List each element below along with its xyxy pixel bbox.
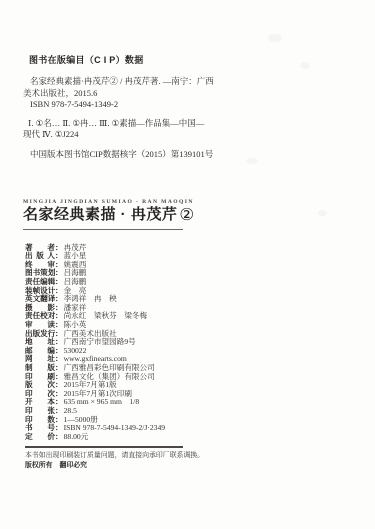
credit-colon: ： <box>55 423 63 432</box>
title-underline <box>23 229 183 230</box>
cip-header: 图书在版编目（C I P）数据 <box>29 55 333 66</box>
credit-colon: ： <box>55 320 63 329</box>
credit-colon: ： <box>55 337 63 346</box>
spacer <box>23 110 333 118</box>
copyright-statement: 版权所有 翻印必究 <box>25 461 325 471</box>
credit-colon: ： <box>55 363 63 372</box>
credit-colon: ： <box>55 251 63 260</box>
credits-list: 著者：冉茂芹出版人：蓝小星终审：姚震西图书策划：吕海鹏责任编辑：吕海鹏装帧设计：… <box>25 244 355 442</box>
scan-speck <box>318 210 327 216</box>
credit-colon: ： <box>55 268 63 277</box>
credit-colon: ： <box>55 432 63 441</box>
credit-colon: ： <box>55 380 63 389</box>
credit-value: 88.00元 <box>64 432 89 441</box>
cip-isbn: ISBN 978-7-5494-1349-2 <box>23 99 333 110</box>
book-title-text: 名家经典素描 · 冉茂芹 <box>23 206 177 223</box>
credit-colon: ： <box>55 277 63 286</box>
cip-classification-line2: 现代 Ⅳ. ①J224 <box>23 129 333 140</box>
credit-row: 定价：88.00元 <box>25 433 355 442</box>
credit-label: 定价 <box>25 433 55 442</box>
footer-divider <box>25 446 183 448</box>
cip-description-line2: 美术出版社，2015.6 <box>23 88 333 99</box>
copyright-page: 图书在版编目（C I P）数据 名家经典素描·冉茂芹② / 冉茂芹著. —南宁：… <box>0 0 375 529</box>
cip-block: 图书在版编目（C I P）数据 名家经典素描·冉茂芹② / 冉茂芹著. —南宁：… <box>23 55 333 160</box>
spacer <box>23 141 333 149</box>
volume-badge: ② <box>179 206 194 224</box>
credit-colon: ： <box>55 294 63 303</box>
title-block: MINGJIA JINGDIAN SUMIAO - RAN MAOQIN 名家经… <box>23 199 223 224</box>
cip-record-number: 中国版本图书馆CIP数据核字（2015）第139101号 <box>23 149 333 160</box>
title-pinyin: MINGJIA JINGDIAN SUMIAO - RAN MAOQIN <box>23 199 223 205</box>
scan-speck <box>268 34 282 42</box>
cip-description-line1: 名家经典素描·冉茂芹② / 冉茂芹著. —南宁：广西 <box>23 76 333 87</box>
book-title: 名家经典素描 · 冉茂芹② <box>23 206 223 224</box>
cip-classification-line1: Ⅰ. ①名… Ⅱ. ①冉… Ⅲ. ①素描—作品集—中国— <box>23 118 333 129</box>
quality-notice: 本书如出现印刷装订质量问题，请直接向承印厂联系调换。 <box>25 451 325 461</box>
credit-colon: ： <box>55 406 63 415</box>
footer-block: 本书如出现印刷装订质量问题，请直接向承印厂联系调换。 版权所有 翻印必究 <box>25 451 325 471</box>
